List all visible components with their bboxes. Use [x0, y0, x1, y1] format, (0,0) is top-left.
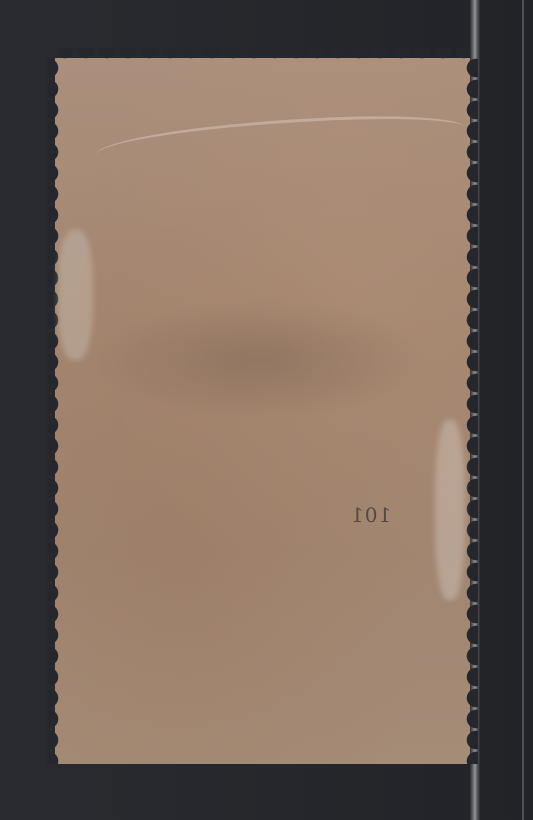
thinned-paper-area-left	[58, 230, 93, 360]
perforations-top	[55, 48, 470, 68]
control-number-marking: 101	[350, 503, 391, 527]
show-through-design	[90, 300, 430, 420]
perforations-left	[47, 58, 67, 764]
mount-strip-line	[522, 0, 524, 820]
perforations-right	[458, 58, 478, 764]
thinned-paper-area-right	[435, 420, 465, 600]
